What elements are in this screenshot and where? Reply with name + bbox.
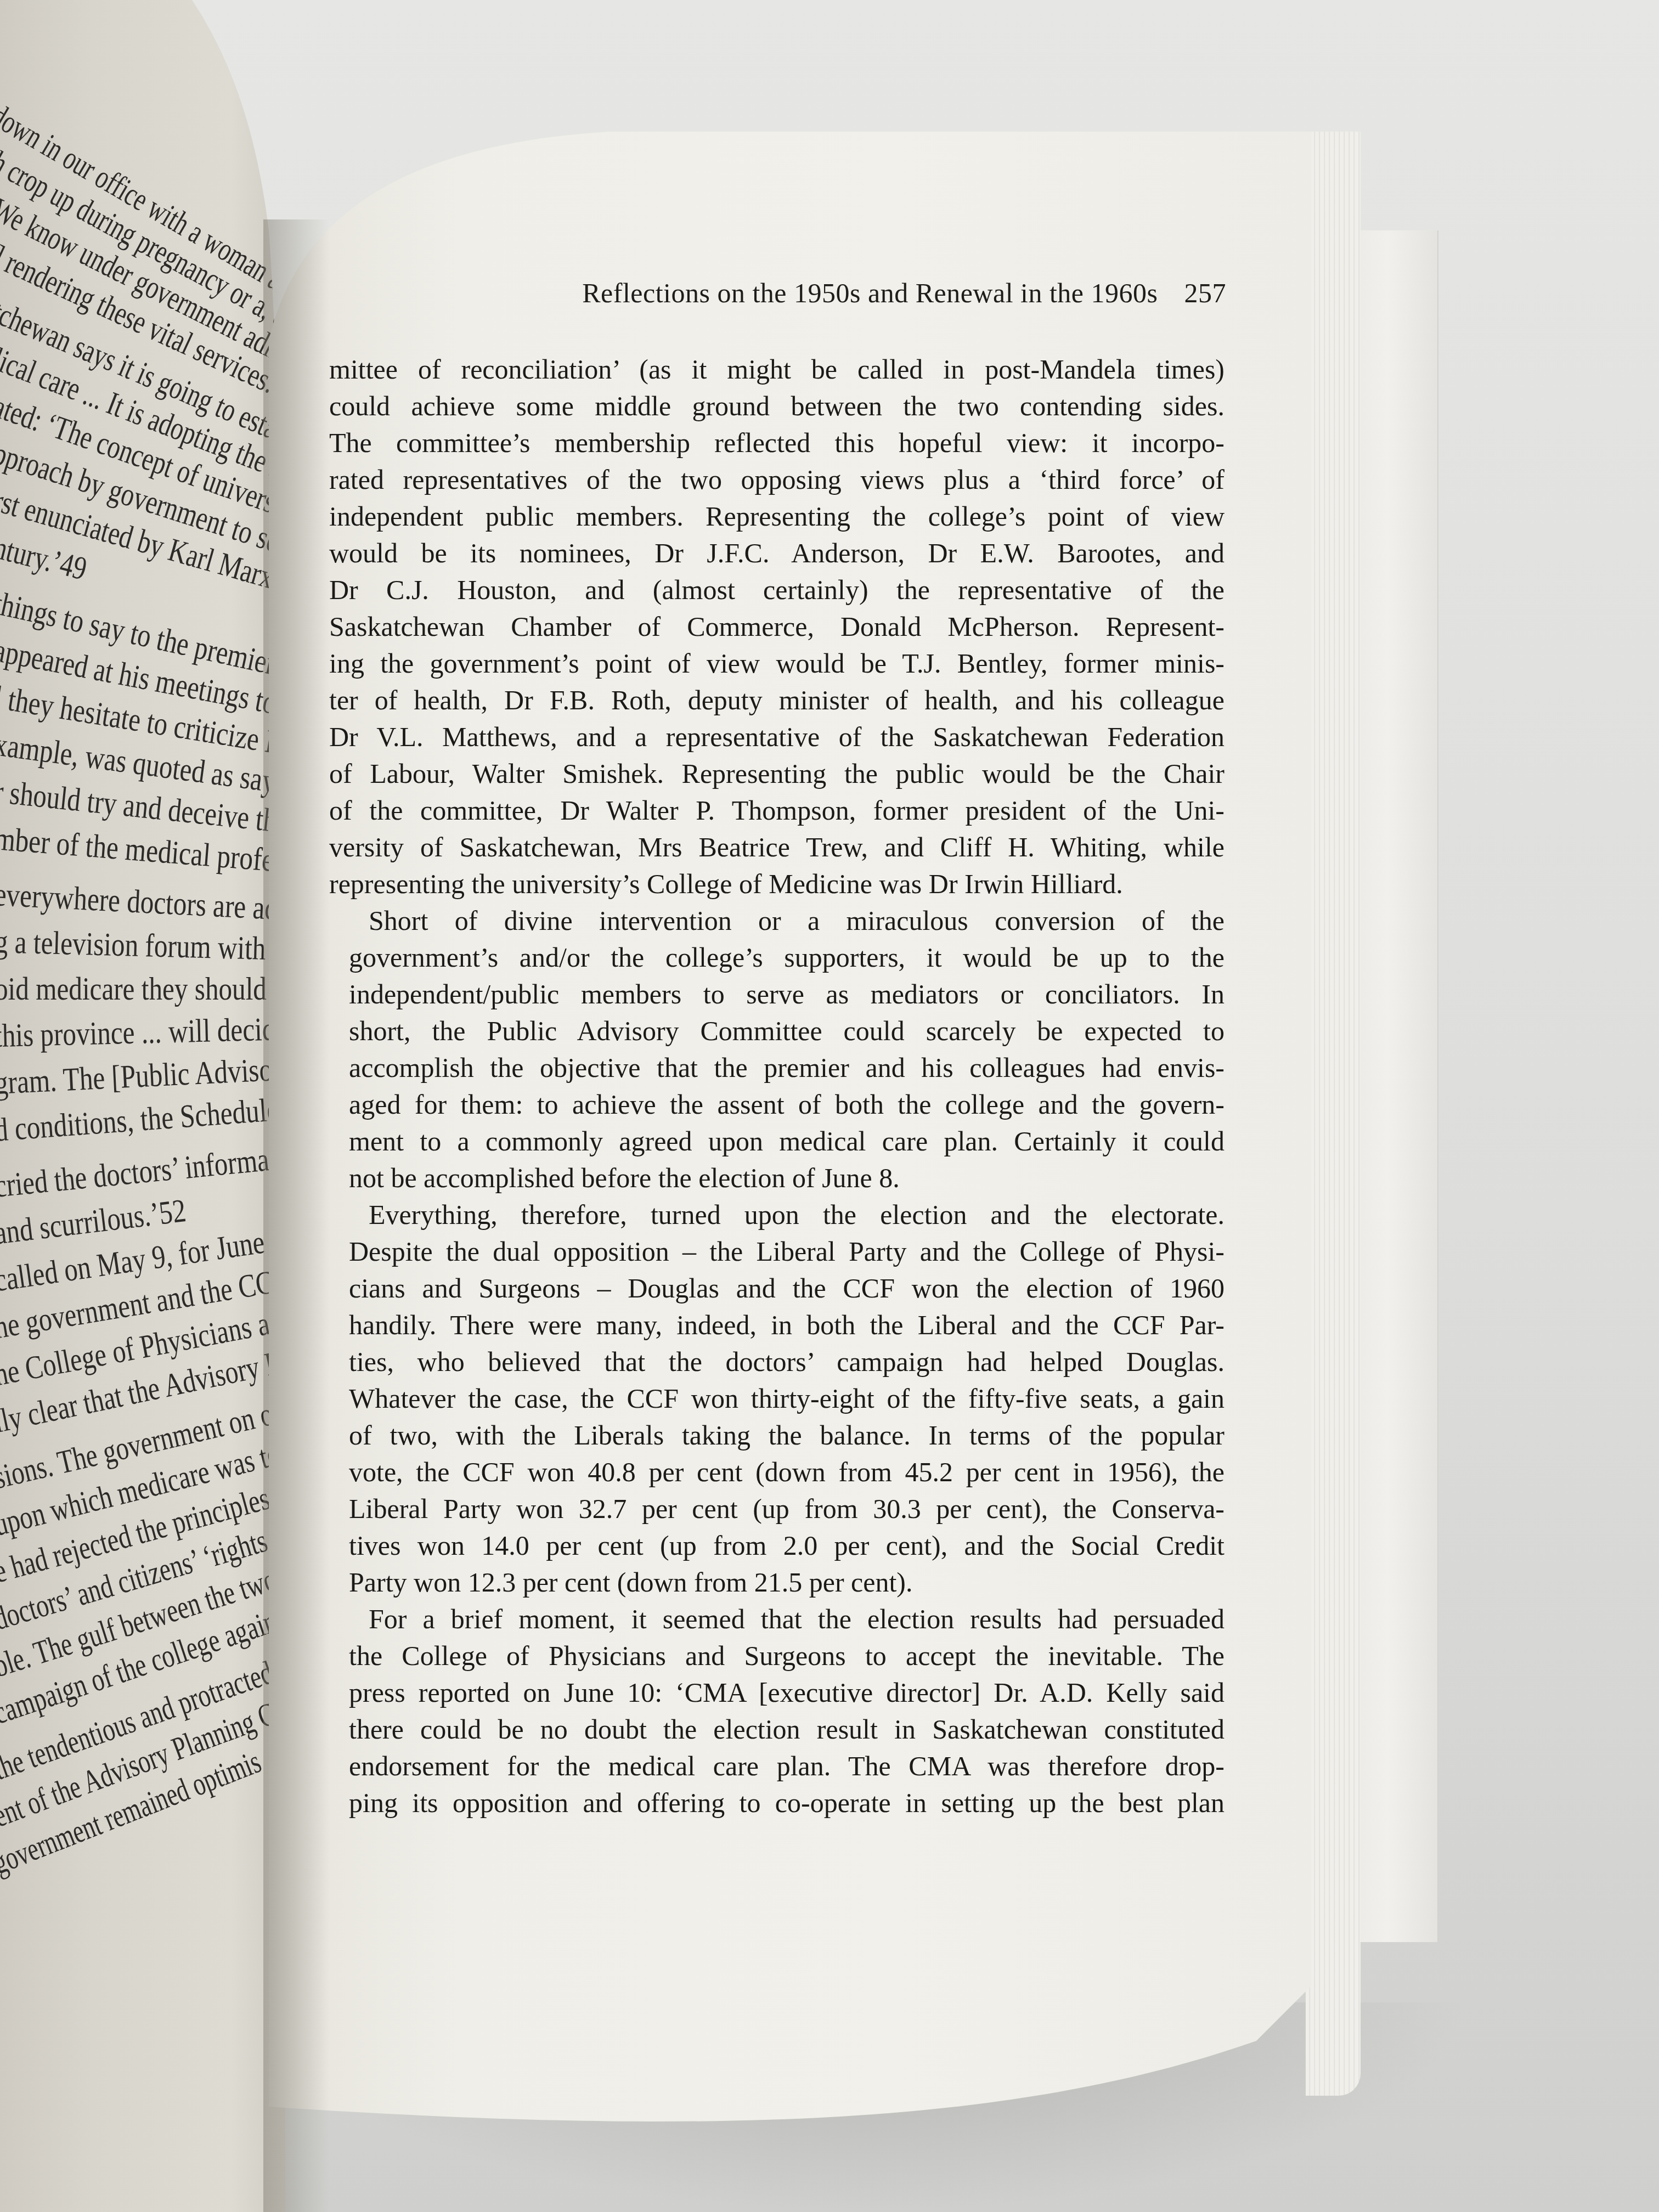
text-line: Party won 12.3 per cent (down from 21.5 … [329, 1564, 1224, 1601]
paragraph: Short of divine intervention or a miracu… [329, 902, 1224, 1197]
text-line: handily. There were many, indeed, in bot… [329, 1307, 1224, 1344]
text-line: representing the university’s College of… [329, 866, 1224, 902]
text-line: Whatever the case, the CCF won thirty-ei… [329, 1380, 1224, 1417]
body-text: mittee of reconciliation’ (as it might b… [329, 351, 1224, 1821]
running-head-title: Reflections on the 1950s and Renewal in … [582, 277, 1158, 309]
text-line: government’s and/or the college’s suppor… [329, 939, 1224, 976]
text-line: would be its nominees, Dr J.F.C. Anderso… [329, 535, 1224, 572]
text-line: Short of divine intervention or a miracu… [329, 902, 1224, 939]
text-line: of Labour, Walter Smishek. Representing … [329, 755, 1224, 792]
text-line: ment to a commonly agreed upon medical c… [329, 1123, 1224, 1160]
running-head: Reflections on the 1950s and Renewal in … [554, 277, 1226, 309]
text-line: rated representatives of the two opposin… [329, 461, 1224, 498]
text-line: versity of Saskatchewan, Mrs Beatrice Tr… [329, 829, 1224, 866]
text-line: independent public members. Representing… [329, 498, 1224, 535]
page-number: 257 [1184, 277, 1227, 309]
text-line: independent/public members to serve as m… [329, 976, 1224, 1013]
text-line: The committee’s membership reflected thi… [329, 425, 1224, 461]
text-line: ping its opposition and offering to co-o… [329, 1785, 1224, 1821]
page-edges [1306, 132, 1361, 2096]
text-line: endorsement for the medical care plan. T… [329, 1748, 1224, 1785]
text-line: mittee of reconciliation’ (as it might b… [329, 351, 1224, 388]
text-line: Saskatchewan Chamber of Commerce, Donald… [329, 608, 1224, 645]
left-text-line: this province ... will decide whether [0, 1010, 238, 1056]
left-text-line: everywhere doctors are adamantly op [0, 874, 238, 926]
text-line: Everything, therefore, turned upon the e… [329, 1197, 1224, 1233]
gutter-shadow [263, 219, 329, 2212]
text-line: aged for them: to achieve the assent of … [329, 1086, 1224, 1123]
text-line: ing the government’s point of view would… [329, 645, 1224, 682]
text-line: ties, who believed that the doctors’ cam… [329, 1344, 1224, 1380]
text-line: of the committee, Dr Walter P. Thompson,… [329, 792, 1224, 829]
page-block-edge [1355, 230, 1438, 1942]
paragraph: For a brief moment, it seemed that the e… [329, 1601, 1224, 1821]
text-line: ter of health, Dr F.B. Roth, deputy mini… [329, 682, 1224, 719]
text-line: could achieve some middle ground between… [329, 388, 1224, 425]
text-line: the College of Physicians and Surgeons t… [329, 1638, 1224, 1674]
left-page-text: down in our office with a woman andh cro… [0, 93, 291, 1884]
text-line: not be accomplished before the election … [329, 1160, 1224, 1197]
paragraph: mittee of reconciliation’ (as it might b… [329, 351, 1224, 902]
text-line: cians and Surgeons – Douglas and the CCF… [329, 1270, 1224, 1307]
text-line: For a brief moment, it seemed that the e… [329, 1601, 1224, 1638]
text-line: accomplish the objective that the premie… [329, 1049, 1224, 1086]
text-line: tives won 14.0 per cent (up from 2.0 per… [329, 1527, 1224, 1564]
text-line: of two, with the Liberals taking the bal… [329, 1417, 1224, 1454]
left-text-line: g a television forum with a Regina [0, 922, 238, 968]
text-line: press reported on June 10: ‘CMA [executi… [329, 1674, 1224, 1711]
left-page: down in our office with a woman andh cro… [0, 0, 307, 2212]
left-text-line: d conditions, the Schedule of Fe [0, 1093, 238, 1150]
paragraph: Everything, therefore, turned upon the e… [329, 1197, 1224, 1601]
text-line: there could be no doubt the election res… [329, 1711, 1224, 1748]
text-line: vote, the CCF won 40.8 per cent (down fr… [329, 1454, 1224, 1491]
text-line: short, the Public Advisory Committee cou… [329, 1013, 1224, 1049]
text-line: Dr C.J. Houston, and (almost certainly) … [329, 572, 1224, 608]
left-text-line: oid medicare they should vote again [0, 969, 238, 1008]
text-line: Liberal Party won 32.7 per cent (up from… [329, 1491, 1224, 1527]
text-line: Dr V.L. Matthews, and a representative o… [329, 719, 1224, 755]
text-line: Despite the dual opposition – the Libera… [329, 1233, 1224, 1270]
